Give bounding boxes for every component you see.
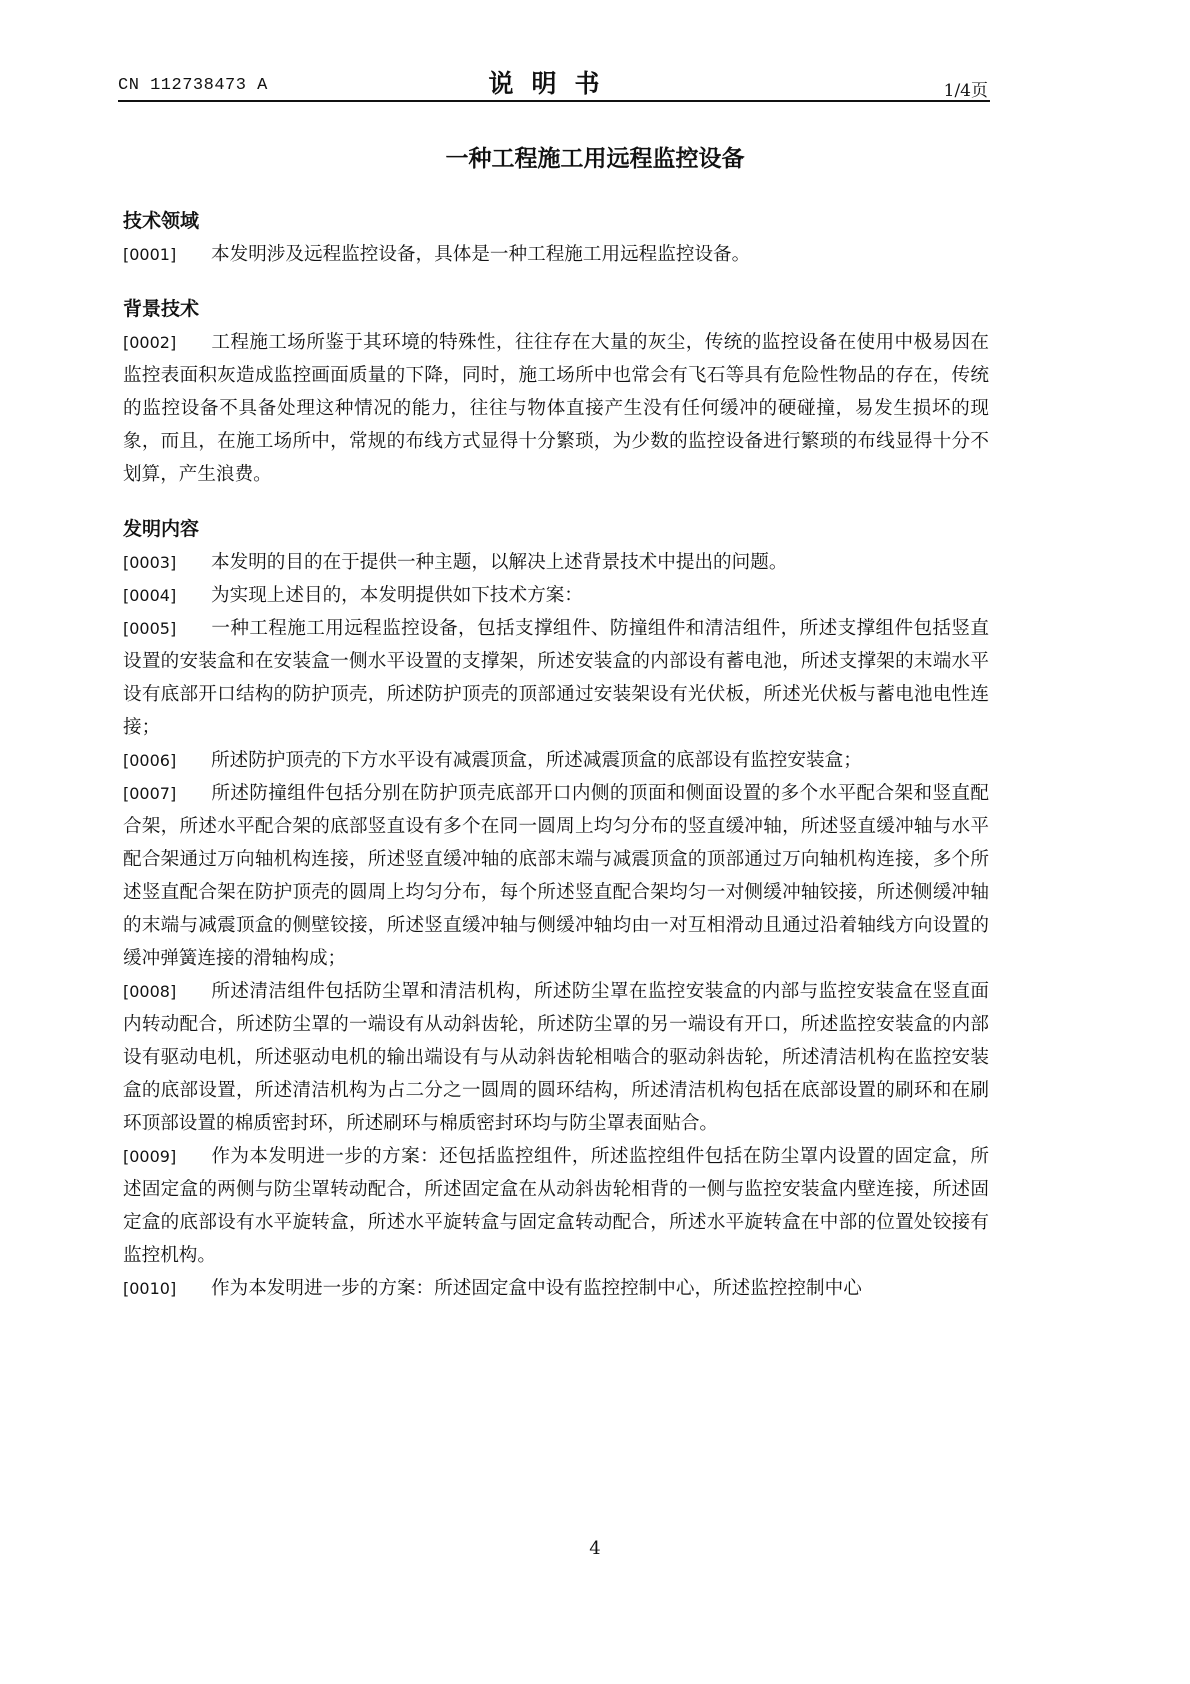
paragraph-number: [0002] <box>123 326 211 359</box>
document-body: 技术领域 [0001]本发明涉及远程监控设备，具体是一种工程施工用远程监控设备。… <box>123 205 989 1305</box>
paragraph-number: [0001] <box>123 238 211 271</box>
paragraph-number: [0010] <box>123 1272 211 1305</box>
paragraph-number: [0004] <box>123 579 211 612</box>
paragraph-number: [0007] <box>123 777 211 810</box>
header-divider <box>118 100 990 102</box>
paragraph-text: 为实现上述目的，本发明提供如下技术方案： <box>211 585 583 606</box>
paragraph-text: 本发明的目的在于提供一种主题，以解决上述背景技术中提出的问题。 <box>211 552 787 573</box>
paragraph-number: [0003] <box>123 546 211 579</box>
paragraph-text: 本发明涉及远程监控设备，具体是一种工程施工用远程监控设备。 <box>211 244 750 265</box>
paragraph: [0002]工程施工场所鉴于其环境的特殊性，往往存在大量的灰尘，传统的监控设备在… <box>123 326 989 491</box>
paragraph-text: 作为本发明进一步的方案：还包括监控组件，所述监控组件包括在防尘罩内设置的固定盒，… <box>123 1146 989 1266</box>
paragraph: [0007]所述防撞组件包括分别在防护顶壳底部开口内侧的顶面和侧面设置的多个水平… <box>123 777 989 975</box>
page-number: 4 <box>0 1538 1190 1559</box>
paragraph-number: [0009] <box>123 1140 211 1173</box>
paragraph: [0001]本发明涉及远程监控设备，具体是一种工程施工用远程监控设备。 <box>123 238 989 271</box>
section-heading: 发明内容 <box>123 513 989 546</box>
document-type: 说明书 <box>118 64 988 100</box>
paragraph-number: [0005] <box>123 612 211 645</box>
page-count: 1/4页 <box>944 76 988 101</box>
section-heading: 技术领域 <box>123 205 989 238</box>
paragraph: [0008]所述清洁组件包括防尘罩和清洁机构，所述防尘罩在监控安装盒的内部与监控… <box>123 975 989 1140</box>
paragraph-text: 工程施工场所鉴于其环境的特殊性，往往存在大量的灰尘，传统的监控设备在使用中极易因… <box>123 332 989 485</box>
paragraph-text: 所述防护顶壳的下方水平设有减震顶盒，所述减震顶盒的底部设有监控安装盒； <box>211 750 862 771</box>
paragraph: [0003]本发明的目的在于提供一种主题，以解决上述背景技术中提出的问题。 <box>123 546 989 579</box>
paragraph: [0009]作为本发明进一步的方案：还包括监控组件，所述监控组件包括在防尘罩内设… <box>123 1140 989 1272</box>
paragraph-text: 作为本发明进一步的方案：所述固定盒中设有监控控制中心，所述监控控制中心 <box>211 1278 862 1299</box>
paragraph-number: [0008] <box>123 975 211 1008</box>
paragraph-number: [0006] <box>123 744 211 777</box>
section-heading: 背景技术 <box>123 293 989 326</box>
page-header: CN 112738473 A 说明书 1/4页 <box>118 62 988 102</box>
paragraph: [0006]所述防护顶壳的下方水平设有减震顶盒，所述减震顶盒的底部设有监控安装盒… <box>123 744 989 777</box>
paragraph-text: 一种工程施工用远程监控设备，包括支撑组件、防撞组件和清洁组件，所述支撑组件包括竖… <box>123 618 989 738</box>
paragraph: [0004]为实现上述目的，本发明提供如下技术方案： <box>123 579 989 612</box>
paragraph: [0005]一种工程施工用远程监控设备，包括支撑组件、防撞组件和清洁组件，所述支… <box>123 612 989 744</box>
paragraph-text: 所述清洁组件包括防尘罩和清洁机构，所述防尘罩在监控安装盒的内部与监控安装盒在竖直… <box>123 981 989 1134</box>
paragraph-text: 所述防撞组件包括分别在防护顶壳底部开口内侧的顶面和侧面设置的多个水平配合架和竖直… <box>123 783 989 969</box>
document-title: 一种工程施工用远程监控设备 <box>0 140 1190 173</box>
paragraph: [0010]作为本发明进一步的方案：所述固定盒中设有监控控制中心，所述监控控制中… <box>123 1272 989 1305</box>
